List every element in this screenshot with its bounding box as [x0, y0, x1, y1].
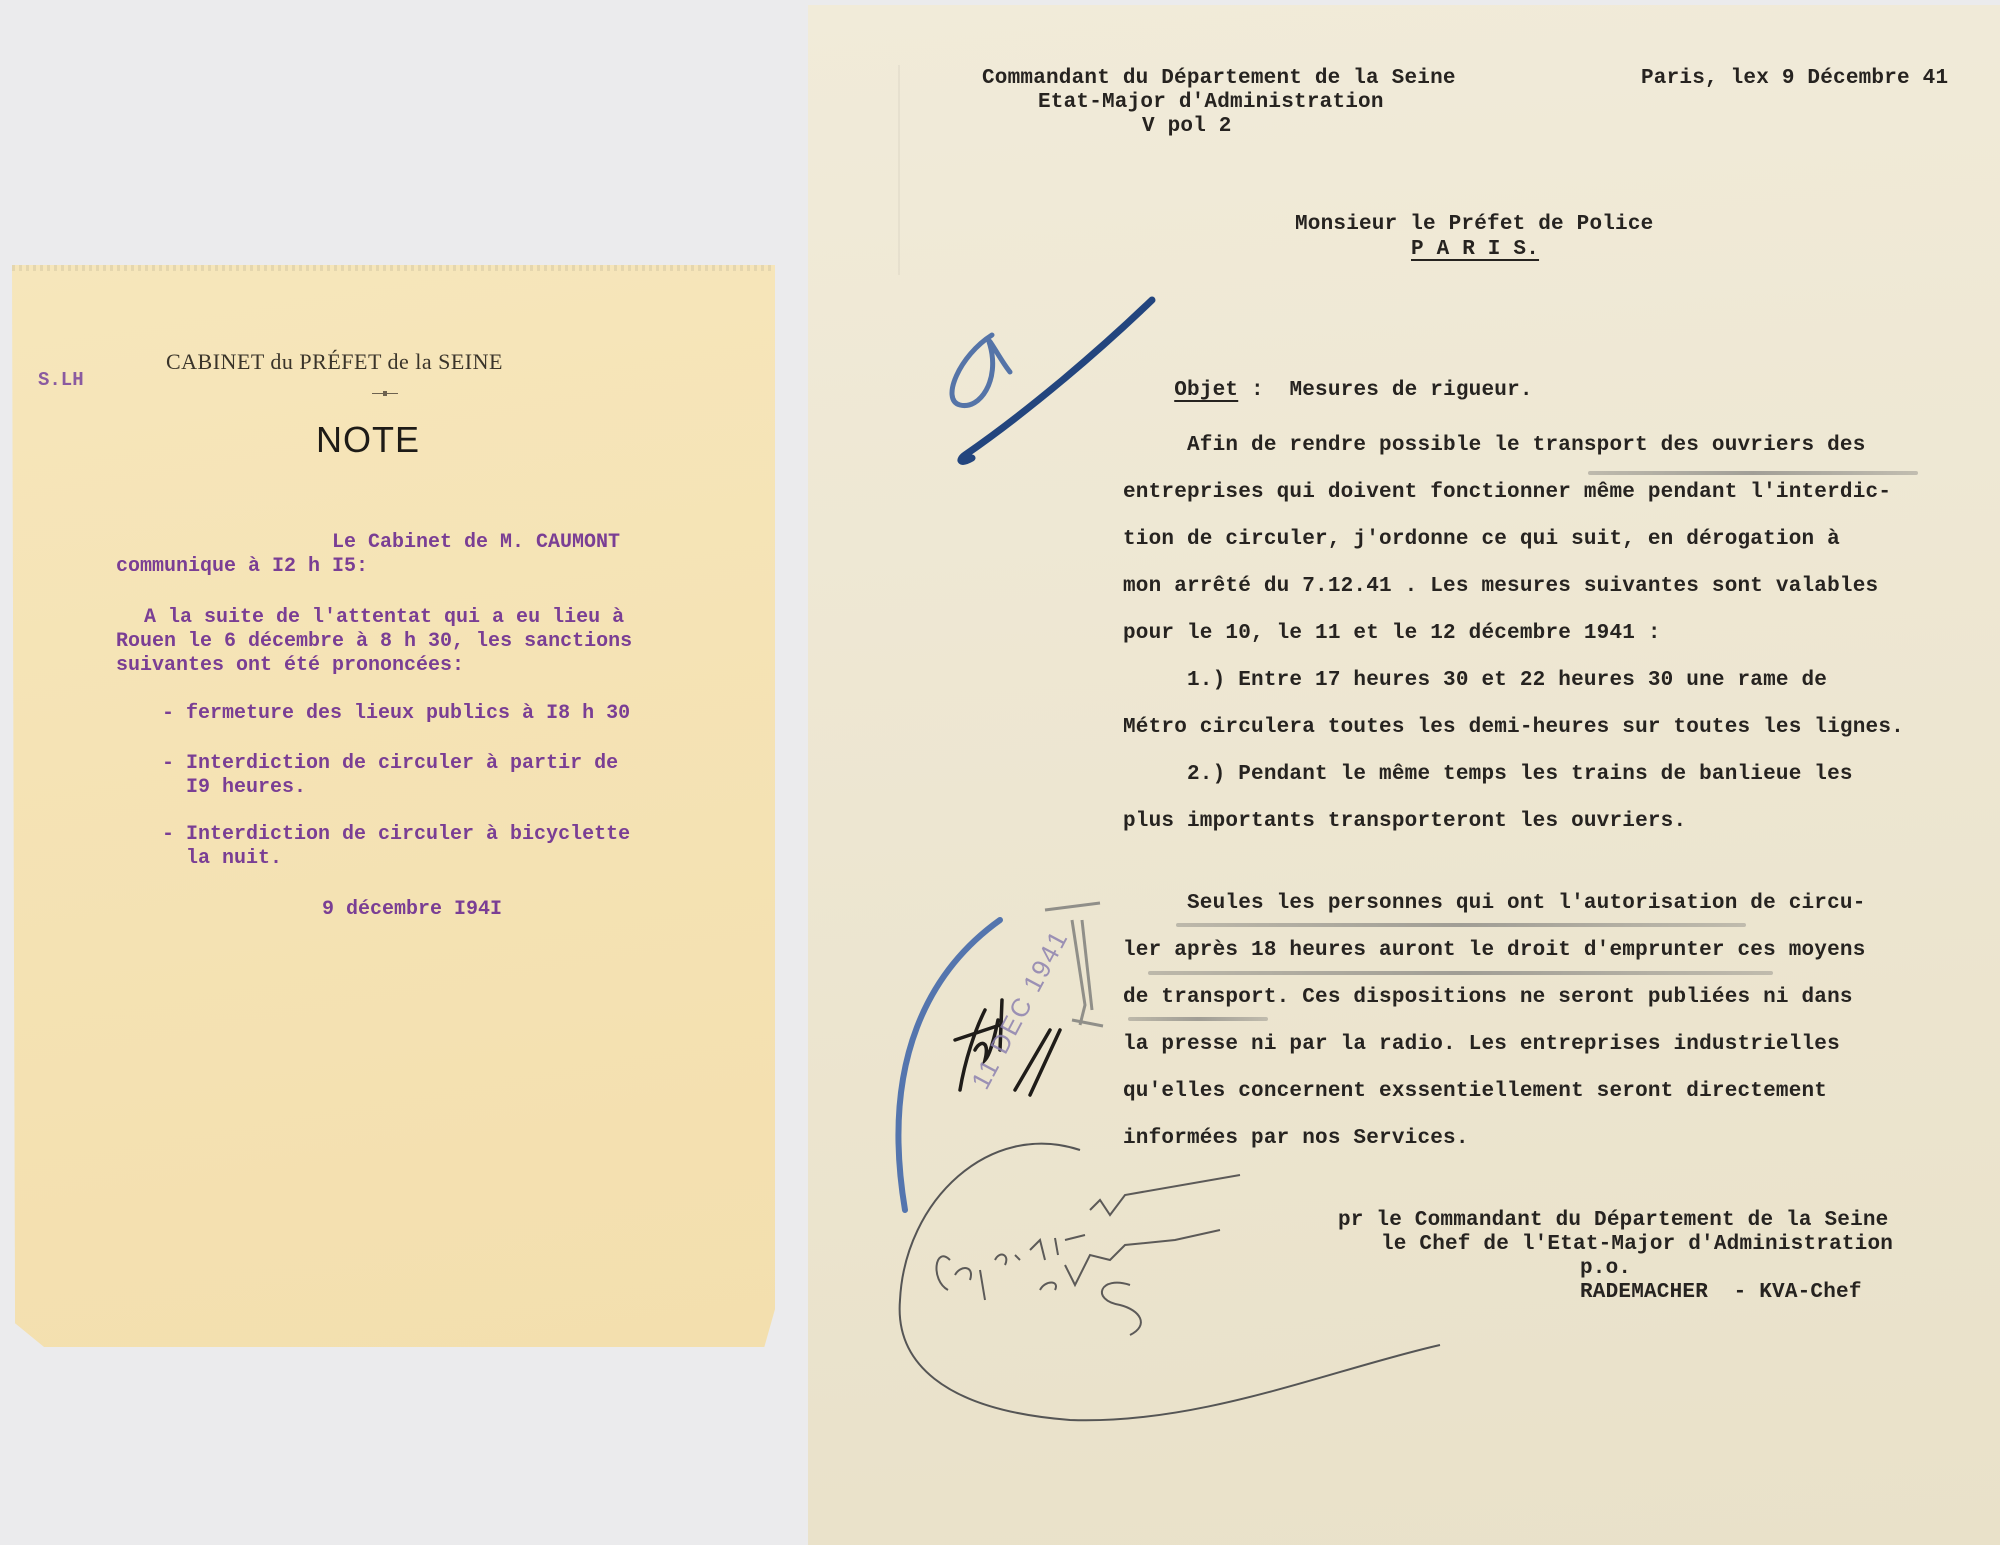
pencil-handwriting	[936, 1175, 1240, 1335]
pencil-loop-line	[900, 1144, 1440, 1421]
handwritten-annotations-layer	[0, 0, 2000, 1545]
blue-pencil-initial-icon	[952, 300, 1152, 461]
